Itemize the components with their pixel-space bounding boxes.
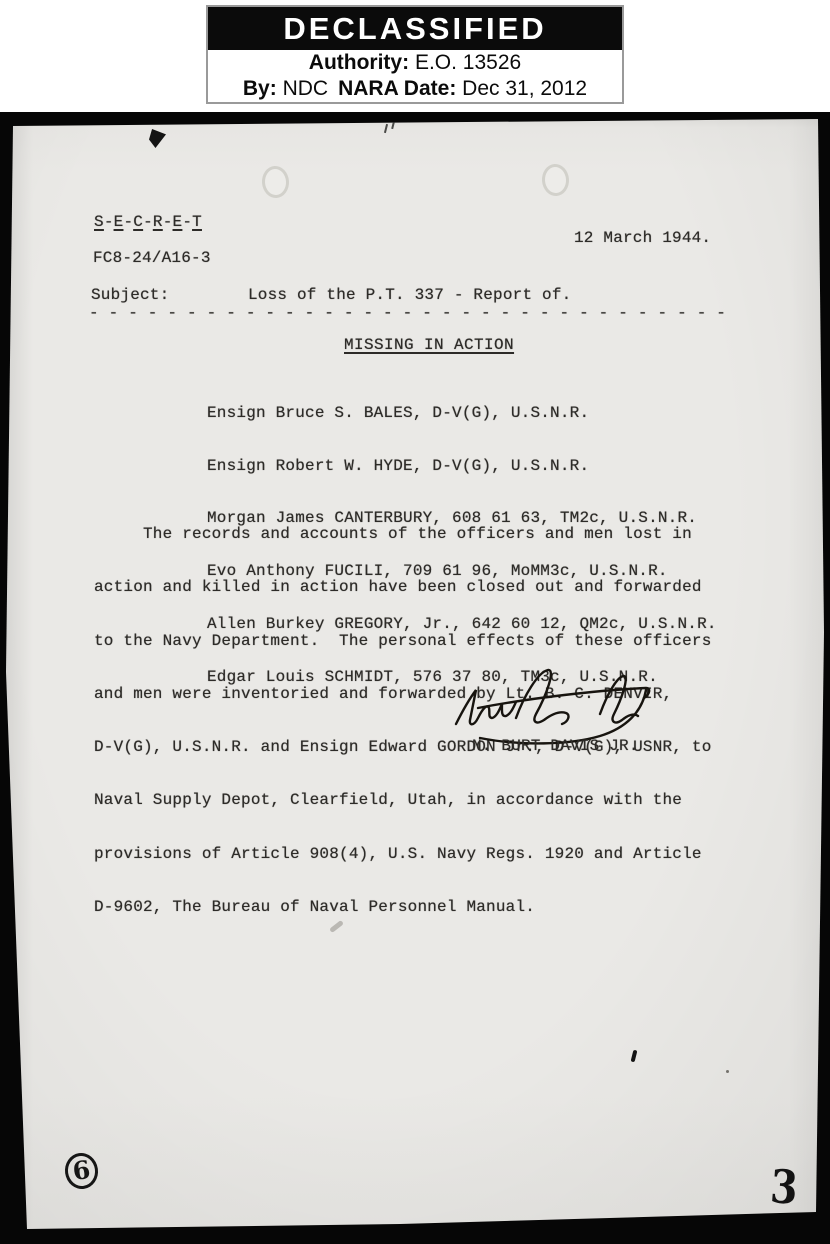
page-number-right: 3 (769, 1159, 800, 1215)
body-line: action and killed in action have been cl… (94, 579, 712, 596)
scanned-document-page: DECLASSIFIED Authority: E.O. 13526 By: N… (0, 0, 830, 1244)
date-line: 12 March 1944. (574, 229, 711, 247)
authority-line: Authority: E.O. 13526 (208, 50, 622, 76)
by-nara-line: By: NDCNARA Date: Dec 31, 2012 (208, 76, 622, 102)
punch-hole-left (261, 165, 290, 199)
by-label: By: (243, 77, 277, 100)
nara-date-value: Dec 31, 2012 (462, 77, 587, 100)
paper-sheet: S-E-C-R-E-T 12 March 1944. FC8-24/A16-3 … (0, 112, 830, 1244)
separator-dashes: - - - - - - - - - - - - - - - - - - - - … (89, 304, 726, 322)
body-line: to the Navy Department. The personal eff… (94, 633, 712, 650)
subject-label: Subject: (91, 286, 169, 304)
declassified-banner: DECLASSIFIED Authority: E.O. 13526 By: N… (206, 5, 624, 104)
declassified-title: DECLASSIFIED (208, 7, 622, 50)
classification-line: S-E-C-R-E-T (94, 213, 202, 231)
body-line: provisions of Article 908(4), U.S. Navy … (94, 846, 712, 863)
authority-label: Authority: (309, 51, 409, 74)
signature-icon (450, 668, 655, 746)
punch-hole-right (541, 163, 570, 197)
scanner-background: S-E-C-R-E-T 12 March 1944. FC8-24/A16-3 … (0, 112, 830, 1244)
ink-apostrophe-mark (631, 1050, 638, 1063)
personnel-line: Ensign Bruce S. BALES, D-V(G), U.S.N.R. (207, 405, 717, 422)
body-line: Naval Supply Depot, Clearfield, Utah, in… (94, 792, 712, 809)
signer-name: N. BURT DAVIS JR. (472, 737, 639, 755)
file-number-line: FC8-24/A16-3 (93, 249, 211, 267)
subject-text: Loss of the P.T. 337 - Report of. (248, 286, 571, 304)
authority-value: E.O. 13526 (415, 51, 521, 74)
body-line: D-9602, The Bureau of Naval Personnel Ma… (94, 899, 712, 916)
ink-blot-mark (149, 129, 166, 148)
pen-scratch-mark (391, 122, 395, 129)
section-title: MISSING IN ACTION (344, 336, 514, 354)
personnel-line: Ensign Robert W. HYDE, D-V(G), U.S.N.R. (207, 458, 717, 475)
by-value: NDC (283, 77, 329, 100)
page-number-circled: 6 (63, 1151, 101, 1191)
body-line: The records and accounts of the officers… (94, 526, 712, 543)
pen-scratch-mark (384, 124, 388, 133)
nara-date-label: NARA Date: (338, 77, 456, 100)
paper-speck (726, 1070, 729, 1073)
